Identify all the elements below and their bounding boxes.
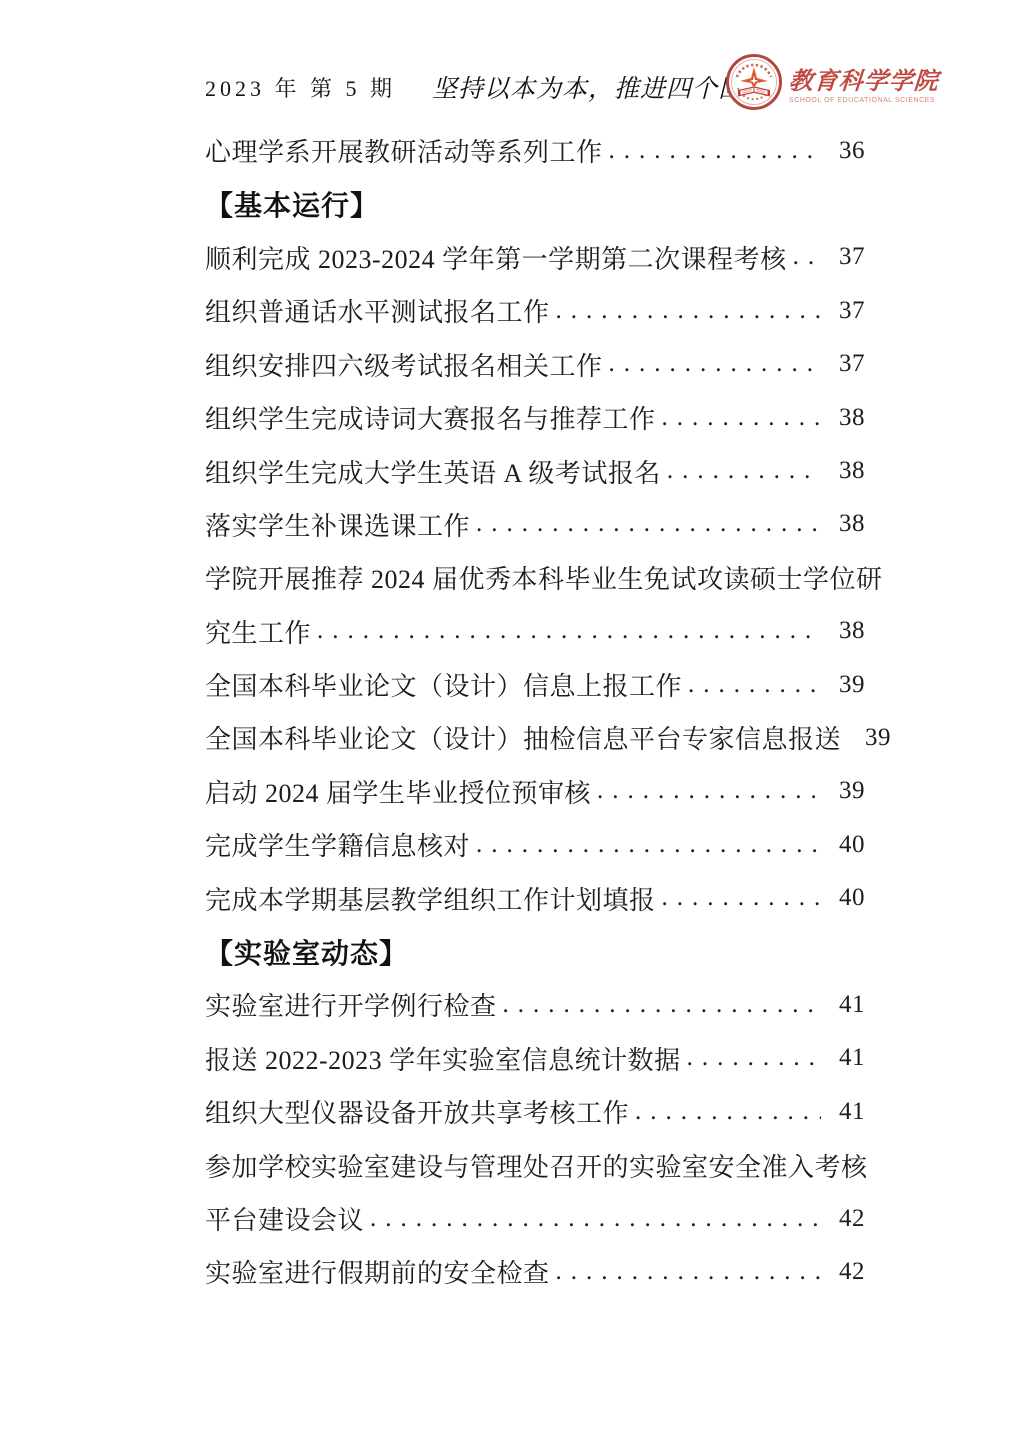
toc-entry-title: 究生工作 bbox=[205, 613, 311, 650]
toc-entry-title: 启动 2024 届学生毕业授位预审核 bbox=[205, 773, 591, 810]
toc-entry-page: 40 bbox=[829, 831, 865, 859]
toc-entry-title: 平台建设会议 bbox=[205, 1200, 364, 1237]
dot-leader bbox=[609, 350, 821, 378]
toc-entry-title: 报送 2022-2023 学年实验室信息统计数据 bbox=[205, 1040, 681, 1077]
toc-entry: 究生工作 38 bbox=[205, 605, 865, 658]
toc-entry-title: 完成学生学籍信息核对 bbox=[205, 826, 470, 863]
toc-entry-title: 组织普通话水平测试报名工作 bbox=[205, 292, 550, 329]
logo-title-cn: 教育科学学院 bbox=[788, 61, 940, 96]
dot-leader bbox=[370, 1205, 821, 1233]
toc-entry-page: 39 bbox=[855, 724, 891, 752]
toc-entry-title: 落实学生补课选课工作 bbox=[205, 506, 470, 543]
toc-entry-page: 37 bbox=[829, 243, 865, 271]
toc-entry-title: 组织学生完成诗词大赛报名与推荐工作 bbox=[205, 399, 656, 436]
toc-entry-title: 学院开展推荐 2024 届优秀本科毕业生免试攻读硕士学位研 bbox=[205, 559, 883, 596]
toc-entry-title: 顺利完成 2023-2024 学年第一学期第二次课程考核 bbox=[205, 239, 787, 276]
toc-entry-title: 组织学生完成大学生英语 A 级考试报名 bbox=[205, 453, 661, 490]
dot-leader bbox=[688, 671, 821, 699]
dot-leader bbox=[317, 617, 821, 645]
toc-entry-title: 完成本学期基层教学组织工作计划填报 bbox=[205, 880, 656, 917]
toc-section-heading: 【基本运行】 bbox=[205, 177, 865, 230]
toc-entry-page: 39 bbox=[829, 777, 865, 805]
toc-entry: 完成学生学籍信息核对 40 bbox=[205, 818, 865, 871]
table-of-contents: 心理学系开展教研活动等系列工作 36 【基本运行】 顺利完成 2023-2024… bbox=[205, 124, 865, 1299]
toc-entry: 完成本学期基层教学组织工作计划填报 40 bbox=[205, 871, 865, 924]
school-emblem-icon bbox=[724, 52, 784, 112]
toc-entry-page: 38 bbox=[829, 457, 865, 485]
dot-leader bbox=[662, 404, 821, 432]
dot-leader bbox=[476, 831, 821, 859]
toc-entry: 全国本科毕业论文（设计）信息上报工作 39 bbox=[205, 658, 865, 711]
toc-entry-page: 37 bbox=[829, 297, 865, 325]
toc-entry-page: 41 bbox=[829, 991, 865, 1019]
toc-entry-title: 实验室进行开学例行检查 bbox=[205, 986, 497, 1023]
toc-entry-wrapped-line: 参加学校实验室建设与管理处召开的实验室安全准入考核 bbox=[205, 1138, 865, 1191]
toc-entry: 平台建设会议 42 bbox=[205, 1192, 865, 1245]
toc-entry: 报送 2022-2023 学年实验室信息统计数据 41 bbox=[205, 1032, 865, 1085]
toc-entry-page: 42 bbox=[829, 1205, 865, 1233]
toc-entry-title: 组织安排四六级考试报名相关工作 bbox=[205, 346, 603, 383]
toc-entry-page: 38 bbox=[829, 404, 865, 432]
toc-entry-title: 全国本科毕业论文（设计）抽检信息平台专家信息报送 bbox=[205, 719, 841, 756]
toc-entry-title: 实验室进行假期前的安全检查 bbox=[205, 1253, 550, 1290]
dot-leader bbox=[667, 457, 821, 485]
toc-entry: 落实学生补课选课工作 38 bbox=[205, 498, 865, 551]
dot-leader bbox=[793, 243, 821, 271]
toc-entry: 实验室进行开学例行检查 41 bbox=[205, 978, 865, 1031]
toc-section-heading: 【实验室动态】 bbox=[205, 925, 865, 978]
toc-section-heading-label: 【实验室动态】 bbox=[205, 932, 408, 972]
toc-entry: 组织学生完成大学生英语 A 级考试报名 38 bbox=[205, 444, 865, 497]
toc-entry-title: 参加学校实验室建设与管理处召开的实验室安全准入考核 bbox=[205, 1147, 868, 1184]
dot-leader bbox=[476, 510, 821, 538]
toc-entry-page: 38 bbox=[829, 510, 865, 538]
toc-entry-page: 37 bbox=[829, 350, 865, 378]
toc-entry-page: 38 bbox=[829, 617, 865, 645]
header-slogan: 坚持以本为本，推进四个回归 bbox=[432, 69, 770, 105]
toc-entry-page: 39 bbox=[829, 671, 865, 699]
dot-leader bbox=[609, 137, 821, 165]
toc-entry: 组织学生完成诗词大赛报名与推荐工作 38 bbox=[205, 391, 865, 444]
toc-entry-title: 组织大型仪器设备开放共享考核工作 bbox=[205, 1093, 629, 1130]
toc-entry: 启动 2024 届学生毕业授位预审核 39 bbox=[205, 765, 865, 818]
toc-entry: 全国本科毕业论文（设计）抽检信息平台专家信息报送 39 bbox=[205, 711, 865, 764]
toc-entry-wrapped-line: 学院开展推荐 2024 届优秀本科毕业生免试攻读硕士学位研 bbox=[205, 551, 865, 604]
dot-leader bbox=[597, 777, 821, 805]
dot-leader bbox=[662, 884, 821, 912]
toc-entry-page: 36 bbox=[829, 137, 865, 165]
document-page: 2023 年 第 5 期 坚持以本为本，推进四个回归 bbox=[0, 0, 1024, 1448]
logo-title-en: SCHOOL OF EDUCATIONAL SCIENCES bbox=[789, 97, 935, 104]
toc-entry: 心理学系开展教研活动等系列工作 36 bbox=[205, 124, 865, 177]
toc-entry-page: 41 bbox=[829, 1098, 865, 1126]
toc-entry: 实验室进行假期前的安全检查 42 bbox=[205, 1245, 865, 1298]
dot-leader bbox=[687, 1044, 821, 1072]
dot-leader bbox=[556, 1258, 821, 1286]
toc-entry-title: 全国本科毕业论文（设计）信息上报工作 bbox=[205, 666, 682, 703]
toc-entry: 顺利完成 2023-2024 学年第一学期第二次课程考核 37 bbox=[205, 231, 865, 284]
toc-section-heading-label: 【基本运行】 bbox=[205, 184, 379, 224]
dot-leader bbox=[635, 1098, 821, 1126]
toc-entry-title: 心理学系开展教研活动等系列工作 bbox=[205, 132, 603, 169]
toc-entry-page: 41 bbox=[829, 1044, 865, 1072]
school-logo: 教育科学学院 SCHOOL OF EDUCATIONAL SCIENCES bbox=[724, 52, 939, 112]
page-header: 2023 年 第 5 期 坚持以本为本，推进四个回归 bbox=[0, 0, 1024, 120]
issue-label: 2023 年 第 5 期 bbox=[205, 72, 396, 103]
toc-entry-page: 42 bbox=[829, 1258, 865, 1286]
logo-text: 教育科学学院 SCHOOL OF EDUCATIONAL SCIENCES bbox=[789, 61, 939, 104]
dot-leader bbox=[503, 991, 821, 1019]
dot-leader bbox=[556, 297, 821, 325]
toc-entry: 组织普通话水平测试报名工作 37 bbox=[205, 284, 865, 337]
toc-entry: 组织大型仪器设备开放共享考核工作 41 bbox=[205, 1085, 865, 1138]
toc-entry: 组织安排四六级考试报名相关工作 37 bbox=[205, 338, 865, 391]
toc-entry-page: 40 bbox=[829, 884, 865, 912]
